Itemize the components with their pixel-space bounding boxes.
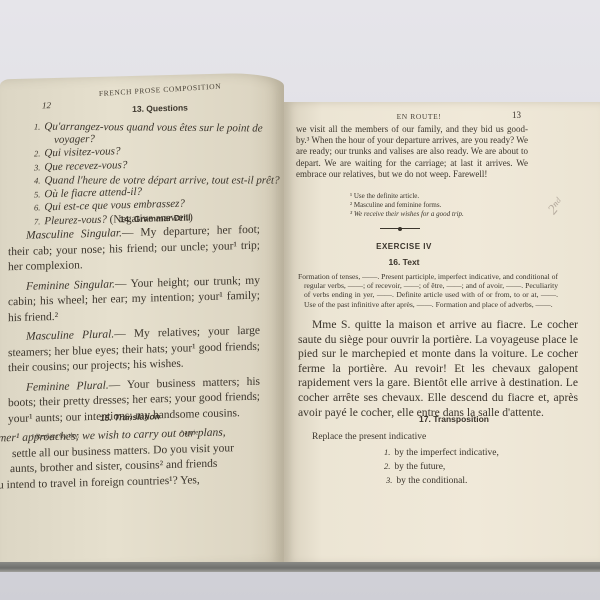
question-number: 6. bbox=[34, 202, 40, 212]
drill-paragraph: Masculine Plural.— My relatives; your la… bbox=[8, 324, 260, 377]
question-text: Que recevez-vous? bbox=[44, 159, 127, 173]
right-footnotes: ¹ Use the definite article. ² Masculine … bbox=[350, 192, 530, 219]
item-number: 3. bbox=[386, 475, 392, 485]
footnote: ² Masculine and feminine forms. bbox=[350, 201, 530, 210]
left-page: FRENCH PROSE COMPOSITION 12 13. Question… bbox=[0, 72, 284, 571]
translation-block: mer¹ approaches; we wish to carry out ou… bbox=[0, 425, 248, 494]
item-text: by the imperfect indicative, bbox=[394, 448, 498, 458]
left-running-head: FRENCH PROSE COMPOSITION bbox=[60, 79, 260, 100]
section-17-heading: 17. Transposition bbox=[384, 414, 524, 424]
question-item: 4.Quand l'heure de votre départ arrive, … bbox=[34, 175, 284, 189]
grammar-note: Formation of tenses, ——. Present partici… bbox=[298, 272, 558, 309]
question-item: 1.Qu'arrangez-vous quand vous êtes sur l… bbox=[34, 121, 284, 137]
right-page: EN ROUTE! 13 we visit all the members of… bbox=[284, 102, 600, 564]
item-number: 2. bbox=[384, 461, 390, 471]
transposition-item: 2.by the future, bbox=[384, 460, 499, 474]
drill-label: Feminine Plural. bbox=[26, 379, 109, 393]
grammar-drill-block: Masculine Singular.— My departure; her f… bbox=[8, 223, 260, 443]
transposition-item: 3.by the conditional. bbox=[384, 474, 499, 488]
question-text: Qu'arrangez-vous quand vous êtes sur le … bbox=[44, 121, 263, 135]
item-text: by the future, bbox=[394, 462, 445, 472]
item-text: by the conditional. bbox=[396, 476, 467, 486]
drill-label: Masculine Singular. bbox=[26, 227, 122, 242]
drill-label: Feminine Singular. bbox=[26, 278, 115, 292]
item-number: 1. bbox=[384, 447, 390, 457]
question-number: 1. bbox=[34, 122, 41, 132]
question-text: Quand l'heure de votre départ arrive, to… bbox=[44, 175, 279, 187]
question-number: 3. bbox=[34, 162, 40, 172]
questions-list: 1.Qu'arrangez-vous quand vous êtes sur l… bbox=[34, 114, 284, 229]
question-number: 4. bbox=[34, 176, 41, 186]
question-text: Qui visitez-vous? bbox=[44, 145, 120, 159]
drill-paragraph: Feminine Singular.— Your height; our tru… bbox=[8, 273, 260, 326]
translation-continuation: we visit all the members of our family, … bbox=[296, 124, 528, 180]
left-page-number: 12 bbox=[42, 100, 51, 110]
ornament-divider bbox=[380, 228, 420, 229]
footnote: ¹ Use the definite article. bbox=[350, 192, 530, 201]
french-text: Mme S. quitte la maison et arrive au fia… bbox=[298, 318, 578, 420]
question-number: 7. bbox=[34, 216, 40, 226]
exercise-title: EXERCISE IV bbox=[344, 242, 464, 251]
right-page-number: 13 bbox=[512, 110, 521, 120]
section-16-heading: 16. Text bbox=[354, 257, 454, 267]
transposition-list: 1.by the imperfect indicative, 2.by the … bbox=[384, 446, 499, 488]
open-book: FRENCH PROSE COMPOSITION 12 13. Question… bbox=[0, 0, 600, 600]
drill-label: Masculine Plural. bbox=[26, 328, 114, 342]
transposition-intro: Replace the present indicative bbox=[312, 432, 426, 442]
right-running-head: EN ROUTE! bbox=[364, 112, 474, 121]
footnote: ³ We receive their wishes for a good tri… bbox=[350, 210, 530, 219]
question-number: 5. bbox=[34, 189, 40, 199]
drill-paragraph: Masculine Singular.— My departure; her f… bbox=[8, 223, 260, 276]
book-cover-edge bbox=[0, 562, 600, 572]
section-13-heading: 13. Questions bbox=[100, 102, 220, 115]
transposition-item: 1.by the imperfect indicative, bbox=[384, 446, 499, 460]
question-number: 2. bbox=[34, 148, 40, 158]
